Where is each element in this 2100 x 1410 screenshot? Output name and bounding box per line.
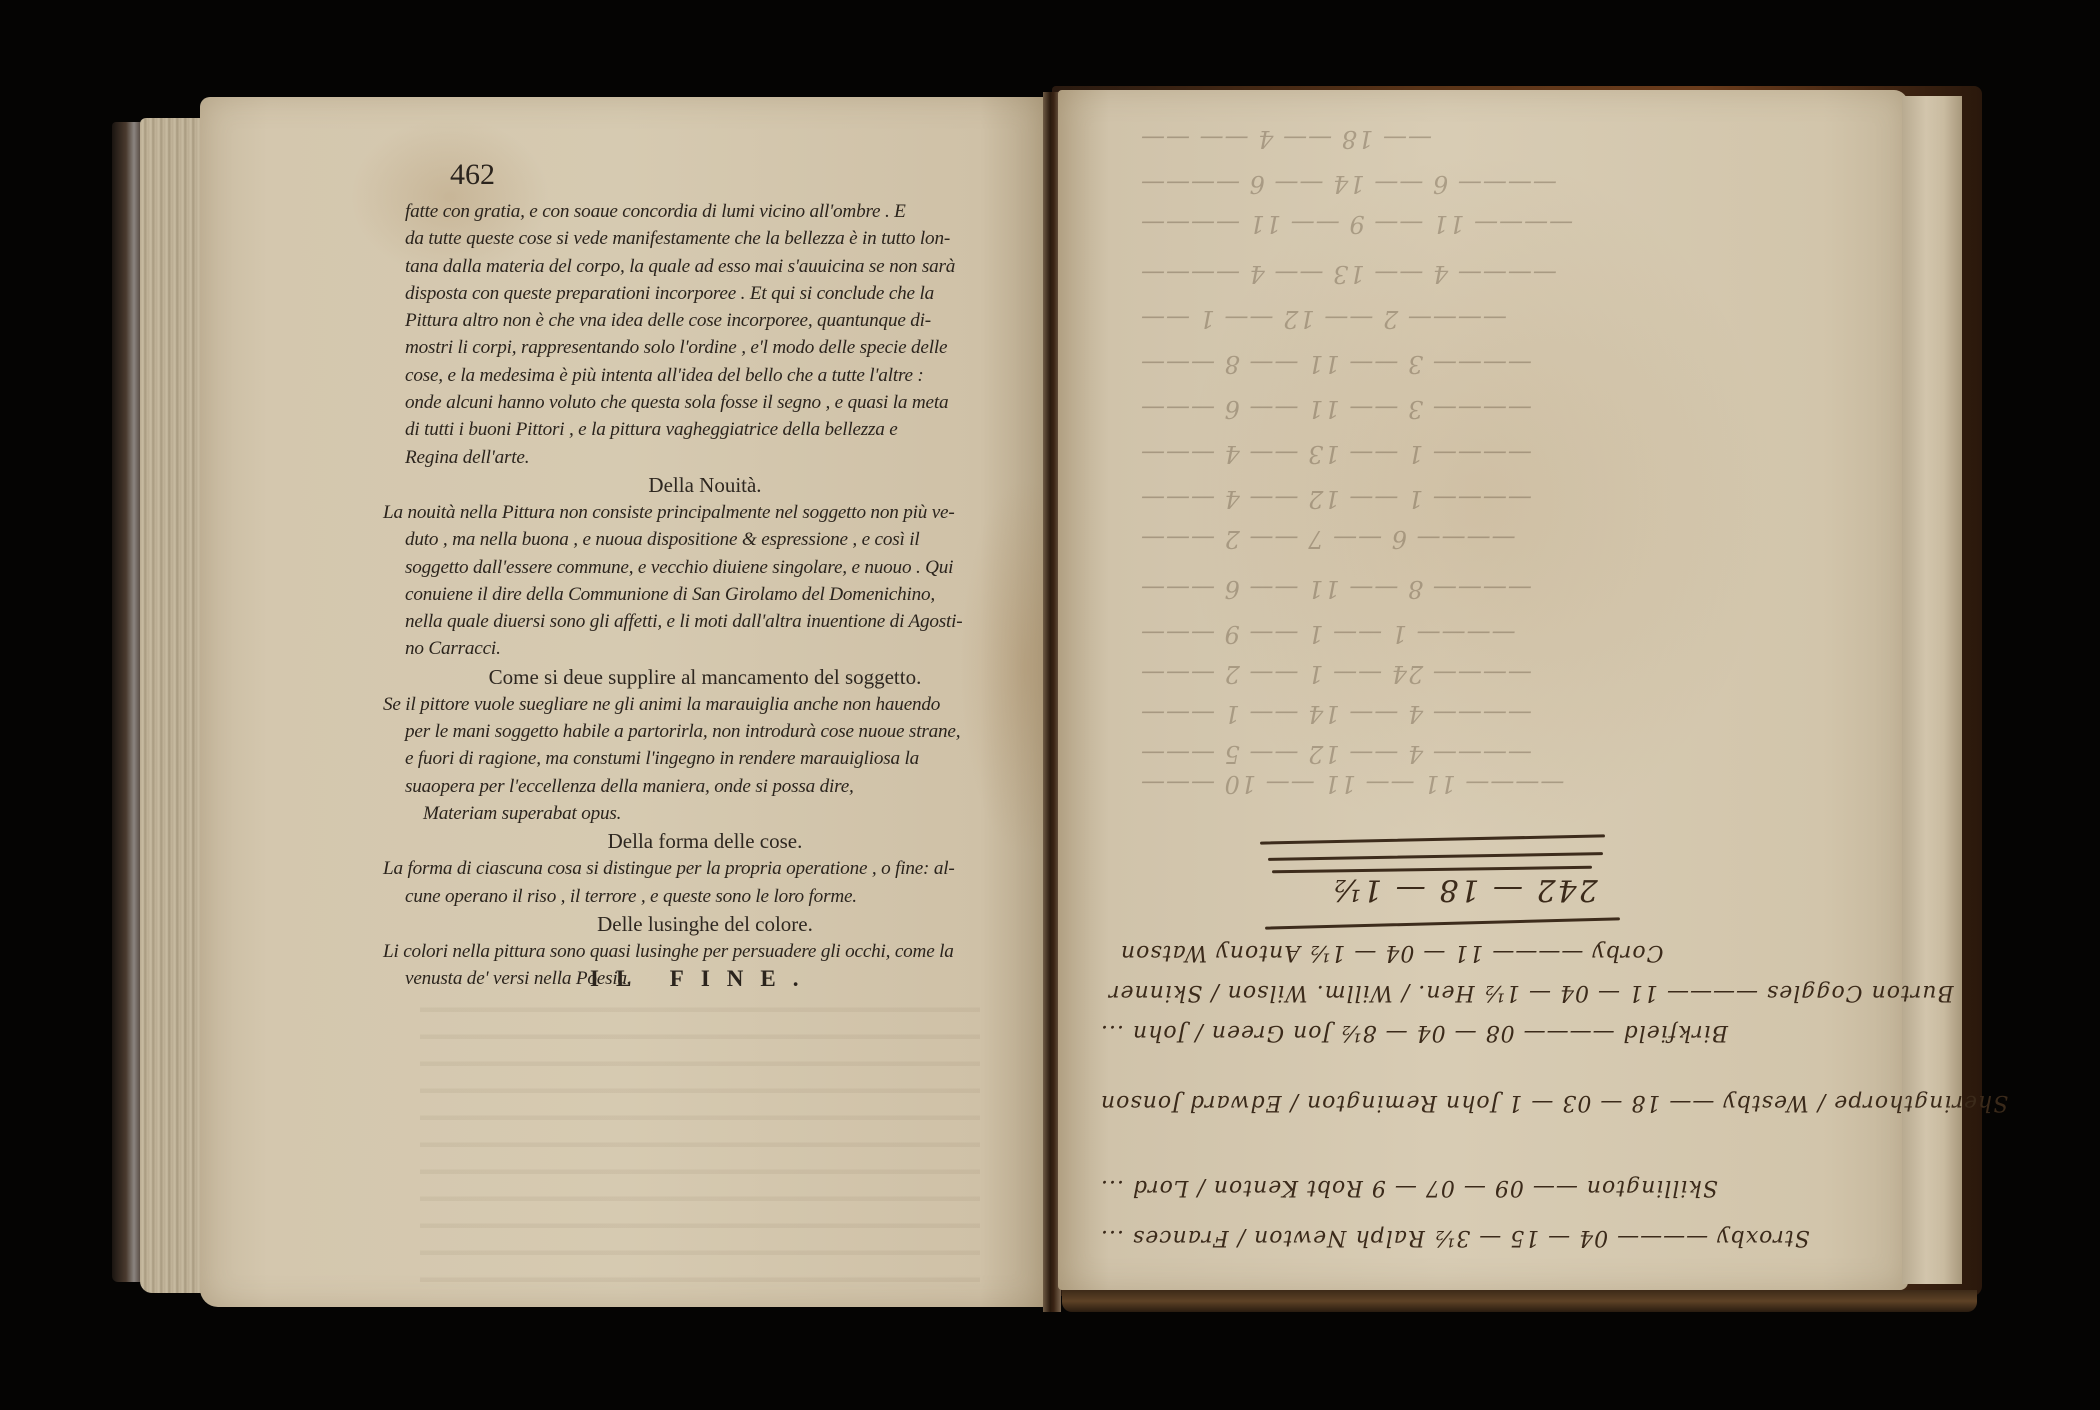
entry-place: Stroxby bbox=[1716, 1225, 1810, 1250]
entry-place: Corby bbox=[1591, 940, 1663, 965]
entry-place: Sheringthorpe / Westby bbox=[1722, 1090, 2008, 1115]
faint-row: ———— 1 —— 12 —— 4 ——— bbox=[1140, 485, 1532, 513]
text-line: di tutti i buoni Pittori , e la pittura … bbox=[405, 416, 1005, 443]
entry-place: Birkfield bbox=[1623, 1020, 1728, 1045]
section-heading: Della forma delle cose. bbox=[405, 827, 1005, 855]
section-heading: Delle lusinghe del colore. bbox=[405, 910, 1005, 938]
entry-place: Burton Coggles bbox=[1766, 980, 1954, 1005]
faint-row: ———— 4 —— 13 —— 4 ———— bbox=[1140, 260, 1557, 288]
entry-place: Skillington bbox=[1586, 1175, 1718, 1200]
faint-row: ———— 3 —— 11 —— 8 ——— bbox=[1140, 350, 1532, 378]
entry-values: 04 — 15 — 3½ bbox=[1433, 1225, 1608, 1250]
paragraph-1: fatte con gratia, e con soaue concordia … bbox=[405, 198, 1005, 471]
manuscript-entry: Birkfield ———— 08 — 04 — 8½ Jon Green / … bbox=[1100, 1020, 1728, 1045]
faint-row: ———— 24 —— 1 —— 2 ——— bbox=[1140, 660, 1532, 688]
entry-names: John Remington / Edward Jonson bbox=[1100, 1090, 1499, 1115]
section-heading: Come si deue supplire al mancamento del … bbox=[405, 663, 1005, 691]
text-line: per le mani soggetto habile a partorirla… bbox=[383, 718, 1005, 745]
manuscript-entry: Skillington —— 09 — 07 — 9 Robt Kenton /… bbox=[1100, 1175, 1718, 1200]
text-line: Regina dell'arte. bbox=[405, 444, 1005, 471]
faint-row: ———— 6 —— 14 —— 6 ———— bbox=[1140, 170, 1557, 198]
faint-row: ———— 1 —— 1 —— 9 ——— bbox=[1140, 620, 1516, 648]
faint-row: ———— 4 —— 12 —— 5 ——— bbox=[1140, 740, 1532, 768]
entry-values: 18 — 03 — 1 bbox=[1507, 1090, 1660, 1115]
manuscript-entry: Burton Coggles ———— 11 — 04 — 1½ Hen. / … bbox=[1108, 980, 1954, 1005]
text-line: fatte con gratia, e con soaue concordia … bbox=[405, 198, 1005, 225]
show-through-text bbox=[420, 985, 980, 1285]
paragraph-3: Se il pittore vuole suegliare ne gli ani… bbox=[383, 691, 1005, 827]
faint-row: ———— 4 —— 14 —— 1 ——— bbox=[1140, 700, 1532, 728]
account-total: 242 — 18 — 1½ bbox=[1330, 872, 1598, 907]
manuscript-entry: Sheringthorpe / Westby —— 18 — 03 — 1 Jo… bbox=[1100, 1090, 2008, 1115]
faint-row: —— 18 —— 4 —— —— bbox=[1140, 125, 1432, 153]
faint-row: ———— 11 —— 11 —— 10 ——— bbox=[1140, 770, 1564, 798]
entry-names: Hen. / Willm. Wilson / Skinner bbox=[1108, 980, 1475, 1005]
text-line: e fuori di ragione, ma constumi l'ingegn… bbox=[383, 745, 1005, 772]
paragraph-4: La forma di ciascuna cosa si distingue p… bbox=[383, 855, 1005, 910]
faint-row: ———— 2 —— 12 —— 1 —— bbox=[1140, 305, 1507, 333]
entry-names: Antony Watson bbox=[1120, 940, 1300, 965]
text-line: nella quale diuersi sono gli affetti, e … bbox=[383, 608, 1005, 635]
text-line: Materiam superabat opus. bbox=[383, 800, 1005, 827]
text-line: cune operano il riso , il terrore , e qu… bbox=[383, 883, 1005, 910]
text-line: Pittura altro non è che vna idea delle c… bbox=[405, 307, 1005, 334]
page-number: 462 bbox=[450, 158, 495, 192]
manuscript-entry: Corby ———— 11 — 04 — 1½ Antony Watson bbox=[1120, 940, 1664, 965]
entry-values: 09 — 07 — 9 bbox=[1371, 1175, 1524, 1200]
text-line: mostri li corpi, rappresentando solo l'o… bbox=[405, 334, 1005, 361]
book-cover-right-bottom-edge bbox=[1062, 1290, 1977, 1312]
text-line: La nouità nella Pittura non consiste pri… bbox=[383, 499, 1005, 526]
text-line: duto , ma nella buona , e nuoua disposit… bbox=[383, 526, 1005, 553]
text-line: Li colori nella pittura sono quasi lusin… bbox=[383, 938, 1005, 965]
text-line: onde alcuni hanno voluto che questa sola… bbox=[405, 389, 1005, 416]
paragraph-2: La nouità nella Pittura non consiste pri… bbox=[383, 499, 1005, 663]
entry-names: Jon Green / John ... bbox=[1100, 1020, 1331, 1045]
text-line: soggetto dall'essere commune, e vecchio … bbox=[383, 554, 1005, 581]
printed-text-block: fatte con gratia, e con soaue concordia … bbox=[405, 198, 1005, 992]
text-line: no Carracci. bbox=[383, 635, 1005, 662]
faint-row: ———— 3 —— 11 —— 6 ——— bbox=[1140, 395, 1532, 423]
faint-row: ———— 8 —— 11 —— 6 ——— bbox=[1140, 575, 1532, 603]
entry-names: Robt Kenton / Lord ... bbox=[1100, 1175, 1363, 1200]
faint-row: ———— 1 —— 13 —— 4 ——— bbox=[1140, 440, 1532, 468]
faint-row: ———— 11 —— 9 —— 11 ———— bbox=[1140, 210, 1573, 238]
entry-names: Ralph Newton / Frances ... bbox=[1100, 1225, 1425, 1250]
entry-values: 11 — 04 — 1½ bbox=[1483, 980, 1658, 1005]
text-line: disposta con queste preparationi incorpo… bbox=[405, 280, 1005, 307]
entry-values: 08 — 04 — 8½ bbox=[1339, 1020, 1514, 1045]
text-line: tana dalla materia del corpo, la quale a… bbox=[405, 253, 1005, 280]
text-line: suaopera per l'eccellenza della maniera,… bbox=[383, 773, 1005, 800]
text-line: da tutte queste cose si vede manifestame… bbox=[405, 225, 1005, 252]
entry-values: 11 — 04 — 1½ bbox=[1308, 940, 1483, 965]
text-line: La forma di ciascuna cosa si distingue p… bbox=[383, 855, 1005, 882]
text-line: Se il pittore vuole suegliare ne gli ani… bbox=[383, 691, 1005, 718]
faint-row: ———— 6 —— 7 —— 2 ——— bbox=[1140, 525, 1516, 553]
section-heading: Della Nouità. bbox=[405, 471, 1005, 499]
text-line: conuiene il dire della Communione di San… bbox=[383, 581, 1005, 608]
text-line: cose, e la medesima è più intenta all'id… bbox=[405, 362, 1005, 389]
manuscript-entry: Stroxby ———— 04 — 15 — 3½ Ralph Newton /… bbox=[1100, 1225, 1810, 1250]
